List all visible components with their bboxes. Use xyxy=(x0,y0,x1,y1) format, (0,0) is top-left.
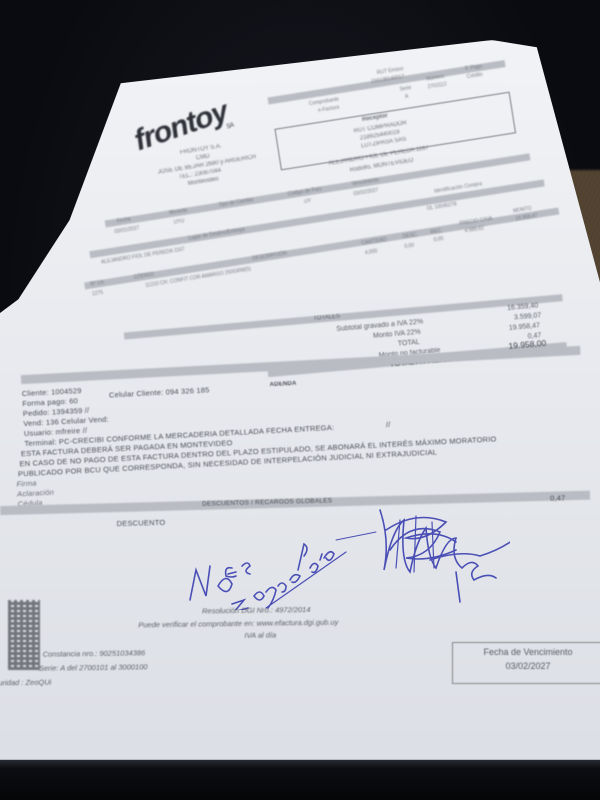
constancia-text: Constancia nro.: 90251034386 xyxy=(43,648,146,658)
invoice-sheet: frontoy S.A. FRONTOY S.A. CMD JOSE DE BE… xyxy=(10,30,600,750)
due-date-value: 03/02/2027 xyxy=(453,661,600,671)
due-date-label: Fecha de Vencimiento xyxy=(453,647,600,657)
verify-text: Puede verificar el comprobante en: www.e… xyxy=(138,618,338,630)
iva-text: IVA al día xyxy=(244,630,276,639)
resolution-text: Resolución DGI Nro.: 4972/2014 xyxy=(202,605,311,616)
serie-text: Serie: A del 2700101 al 3000100 xyxy=(39,662,148,673)
seguridad-text: Seguridad : ZeoQUi xyxy=(0,678,51,688)
due-date-box: Fecha de Vencimiento 03/02/2027 xyxy=(452,642,600,684)
table-edge xyxy=(0,755,600,800)
